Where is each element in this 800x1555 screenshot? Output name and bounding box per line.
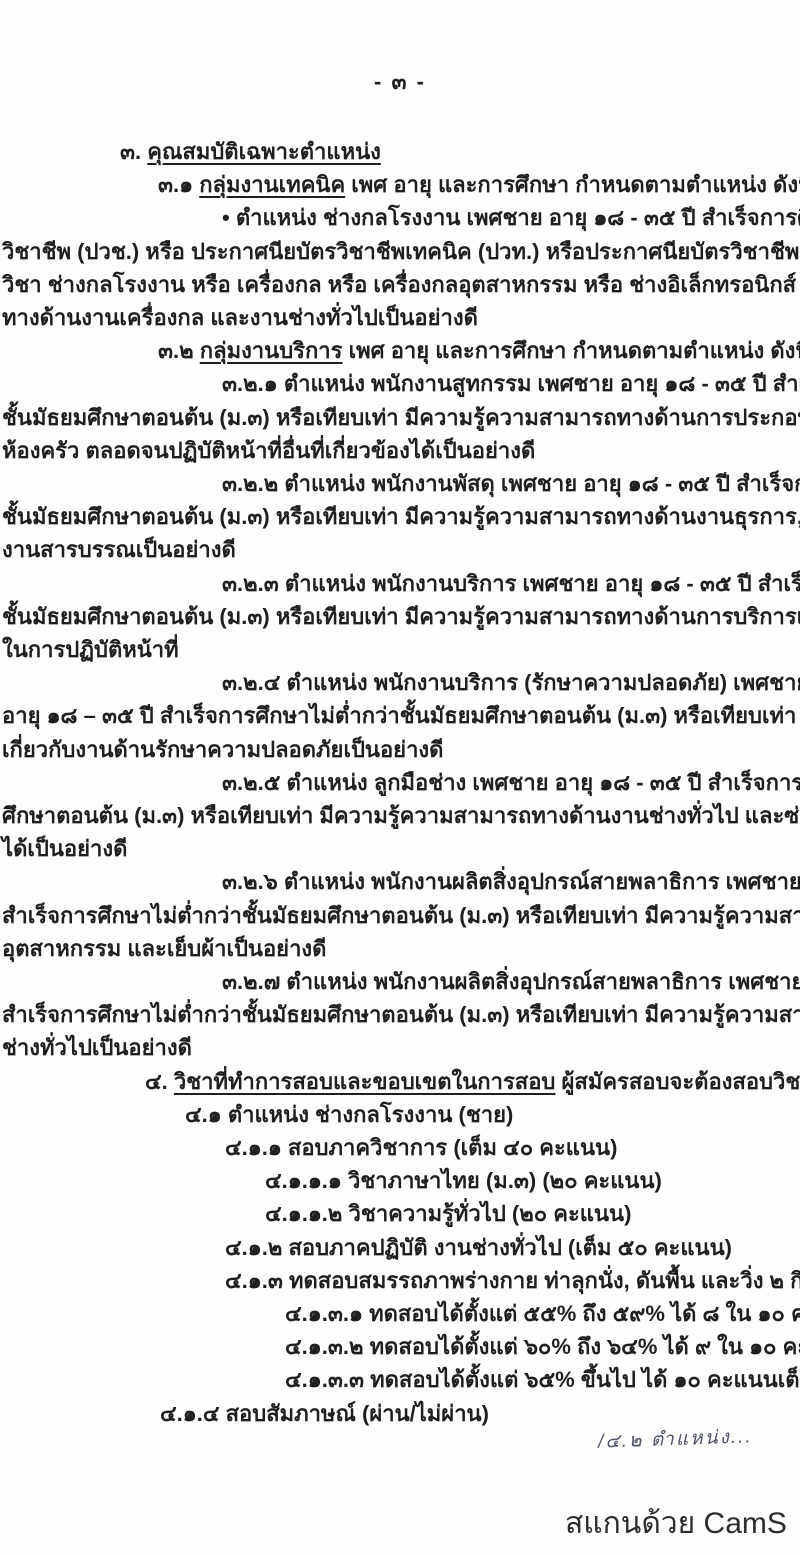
line-text: เพศ อายุ และการศึกษา กำหนดตามตำแหน่ง ดัง…	[345, 172, 800, 197]
line-text: ๓.๒.๓ ตำแหน่ง พนักงานบริการ เพศชาย อายุ …	[222, 571, 800, 596]
line-text: ๓.๒.๒ ตำแหน่ง พนักงานพัสดุ เพศชาย อายุ ๑…	[222, 471, 800, 496]
underlined-heading-text: วิชาที่ทำการสอบและขอบเขตในการสอบ	[174, 1069, 556, 1094]
document-line: ๔.๑.๓.๓ ทดสอบได้ตั้งแต่ ๖๕% ขึ้นไป ได้ ๑…	[285, 1366, 800, 1395]
line-text: ๓.๒.๗ ตำแหน่ง พนักงานผลิตสิ่งอุปกรณ์สายพ…	[222, 969, 800, 994]
line-text: ๓.๒.๖ ตำแหน่ง พนักงานผลิตสิ่งอุปกรณ์สายพ…	[222, 869, 800, 894]
line-text: ๓.	[120, 139, 147, 164]
section-3-heading: ๓. คุณสมบัติเฉพาะตำแหน่ง	[120, 138, 381, 167]
line-text: ชั้นมัธยมศึกษาตอนต้น (ม.๓) หรือเทียบเท่า…	[2, 405, 800, 430]
line-text: ๔.๑.๓.๑ ทดสอบได้ตั้งแต่ ๕๕% ถึง ๕๙% ได้ …	[285, 1301, 800, 1326]
document-line: ได้เป็นอย่างดี	[2, 835, 127, 864]
scanned-document-page: - ๓ - ๓. คุณสมบัติเฉพาะตำแหน่ง๓.๑ กลุ่มง…	[0, 0, 800, 1555]
line-text: ๔.๑.๒ สอบภาคปฏิบัติ งานช่างทั่วไป (เต็ม …	[225, 1235, 732, 1260]
document-line: เกี่ยวกับงานด้านรักษาความปลอดภัยเป็นอย่า…	[2, 736, 443, 765]
line-text: วิชาชีพ (ปวช.) หรือ ประกาศนียบัตรวิชาชีพ…	[2, 239, 800, 264]
document-line: ๔.๑.๑ สอบภาควิชาการ (เต็ม ๔๐ คะแนน)	[225, 1134, 617, 1163]
line-text: ช่างทั่วไปเป็นอย่างดี	[2, 1035, 192, 1060]
line-text: ๔.๑.๓.๓ ทดสอบได้ตั้งแต่ ๖๕% ขึ้นไป ได้ ๑…	[285, 1367, 800, 1392]
line-text: ๔.๑.๑.๑ วิชาภาษาไทย (ม.๓) (๒๐ คะแนน)	[265, 1168, 662, 1193]
document-line: ๓.๒.๑ ตำแหน่ง พนักงานสูทกรรม เพศชาย อายุ…	[222, 370, 800, 399]
section-3-2-heading: ๓.๒ กลุ่มงานบริการ เพศ อายุ และการศึกษา …	[158, 337, 800, 366]
line-text: สำเร็จการศึกษาไม่ต่ำกว่าชั้นมัธยมศึกษาตอ…	[2, 1002, 800, 1027]
line-text: งานสารบรรณเป็นอย่างดี	[2, 537, 236, 562]
document-line: ๔.๑.๓ ทดสอบสมรรถภาพร่างกาย ท่าลุกนั่ง, ด…	[225, 1267, 800, 1296]
document-line: • ตำแหน่ง ช่างกลโรงงาน เพศชาย อายุ ๑๘ - …	[222, 204, 800, 233]
line-text: • ตำแหน่ง ช่างกลโรงงาน เพศชาย อายุ ๑๘ - …	[222, 205, 800, 230]
document-line: ๔.๑.๓.๑ ทดสอบได้ตั้งแต่ ๕๕% ถึง ๕๙% ได้ …	[285, 1300, 800, 1329]
line-text: ชั้นมัธยมศึกษาตอนต้น (ม.๓) หรือเทียบเท่า…	[2, 604, 800, 629]
line-text: ห้องครัว ตลอดจนปฏิบัติหน้าที่อื่นที่เกี่…	[2, 438, 535, 463]
document-line: วิชาชีพ (ปวช.) หรือ ประกาศนียบัตรวิชาชีพ…	[2, 238, 800, 267]
line-text: เพศ อายุ และการศึกษา กำหนดตามตำแหน่ง ดัง…	[342, 338, 800, 363]
document-line: ๓.๒.๕ ตำแหน่ง ลูกมือช่าง เพศชาย อายุ ๑๘ …	[222, 769, 800, 798]
document-line: ห้องครัว ตลอดจนปฏิบัติหน้าที่อื่นที่เกี่…	[2, 437, 535, 466]
document-line: ๓.๒.๔ ตำแหน่ง พนักงานบริการ (รักษาความปล…	[222, 669, 800, 698]
document-line: ชั้นมัธยมศึกษาตอนต้น (ม.๓) หรือเทียบเท่า…	[2, 404, 800, 433]
document-line: ๓.๒.๓ ตำแหน่ง พนักงานบริการ เพศชาย อายุ …	[222, 570, 800, 599]
section-4-heading: ๔. วิชาที่ทำการสอบและขอบเขตในการสอบ ผู้ส…	[145, 1068, 800, 1097]
line-text: ๔.๑.๔ สอบสัมภาษณ์ (ผ่าน/ไม่ผ่าน)	[160, 1401, 489, 1426]
document-line: ทางด้านงานเครื่องกล และงานช่างทั่วไปเป็น…	[2, 304, 478, 333]
document-line: ๔.๑.๓.๒ ทดสอบได้ตั้งแต่ ๖๐% ถึง ๖๔% ได้ …	[285, 1333, 800, 1362]
line-text: ได้เป็นอย่างดี	[2, 836, 127, 861]
section-3-1-heading: ๓.๑ กลุ่มงานเทคนิค เพศ อายุ และการศึกษา …	[158, 171, 800, 200]
line-text: อายุ ๑๘ – ๓๕ ปี สำเร็จการศึกษาไม่ต่ำกว่า…	[2, 703, 800, 728]
document-line: อายุ ๑๘ – ๓๕ ปี สำเร็จการศึกษาไม่ต่ำกว่า…	[2, 702, 800, 731]
line-text: ชั้นมัธยมศึกษาตอนต้น (ม.๓) หรือเทียบเท่า…	[2, 504, 800, 529]
document-line: ชั้นมัธยมศึกษาตอนต้น (ม.๓) หรือเทียบเท่า…	[2, 503, 800, 532]
camscanner-watermark: สแกนด้วย CamS	[565, 1500, 787, 1547]
document-line: ๔.๑.๑.๑ วิชาภาษาไทย (ม.๓) (๒๐ คะแนน)	[265, 1167, 662, 1196]
document-line: ๔.๑ ตำแหน่ง ช่างกลโรงงาน (ชาย)	[185, 1101, 513, 1130]
line-text: ๔.๑.๓ ทดสอบสมรรถภาพร่างกาย ท่าลุกนั่ง, ด…	[225, 1268, 800, 1293]
document-line: ๓.๒.๒ ตำแหน่ง พนักงานพัสดุ เพศชาย อายุ ๑…	[222, 470, 800, 499]
line-text: วิชา ช่างกลโรงงาน หรือ เครื่องกล หรือ เค…	[2, 272, 800, 297]
line-text: ๓.๒	[158, 338, 200, 363]
line-text: ศึกษาตอนต้น (ม.๓) หรือเทียบเท่า มีความรู…	[2, 803, 800, 828]
document-line: อุตสาหกรรม และเย็บผ้าเป็นอย่างดี	[2, 935, 326, 964]
handwritten-note: /๔.๒ ตำแหน่ง...	[598, 1421, 754, 1456]
underlined-heading-text: คุณสมบัติเฉพาะตำแหน่ง	[147, 139, 381, 164]
line-text: ๔.	[145, 1069, 174, 1094]
line-text: ๔.๑.๑.๒ วิชาความรู้ทั่วไป (๒๐ คะแนน)	[265, 1201, 631, 1226]
document-line: วิชา ช่างกลโรงงาน หรือ เครื่องกล หรือ เค…	[2, 271, 800, 300]
line-text: ๓.๒.๑ ตำแหน่ง พนักงานสูทกรรม เพศชาย อายุ…	[222, 371, 800, 396]
document-line: สำเร็จการศึกษาไม่ต่ำกว่าชั้นมัธยมศึกษาตอ…	[2, 902, 800, 931]
document-line: สำเร็จการศึกษาไม่ต่ำกว่าชั้นมัธยมศึกษาตอ…	[2, 1001, 800, 1030]
document-line: ๔.๑.๔ สอบสัมภาษณ์ (ผ่าน/ไม่ผ่าน)	[160, 1400, 489, 1429]
document-line: ๓.๒.๗ ตำแหน่ง พนักงานผลิตสิ่งอุปกรณ์สายพ…	[222, 968, 800, 997]
line-text: ผู้สมัครสอบจะต้องสอบวิชาความรู้ ดังนี้	[555, 1069, 800, 1094]
line-text: ๔.๑ ตำแหน่ง ช่างกลโรงงาน (ชาย)	[185, 1102, 513, 1127]
document-line: ศึกษาตอนต้น (ม.๓) หรือเทียบเท่า มีความรู…	[2, 802, 800, 831]
line-text: ทางด้านงานเครื่องกล และงานช่างทั่วไปเป็น…	[2, 305, 478, 330]
document-line: ๓.๒.๖ ตำแหน่ง พนักงานผลิตสิ่งอุปกรณ์สายพ…	[222, 868, 800, 897]
document-line: งานสารบรรณเป็นอย่างดี	[2, 536, 236, 565]
line-text: อุตสาหกรรม และเย็บผ้าเป็นอย่างดี	[2, 936, 326, 961]
document-line: ชั้นมัธยมศึกษาตอนต้น (ม.๓) หรือเทียบเท่า…	[2, 603, 800, 632]
line-text: ๔.๑.๓.๒ ทดสอบได้ตั้งแต่ ๖๐% ถึง ๖๔% ได้ …	[285, 1334, 800, 1359]
line-text: เกี่ยวกับงานด้านรักษาความปลอดภัยเป็นอย่า…	[2, 737, 443, 762]
underlined-heading-text: กลุ่มงานเทคนิค	[199, 172, 345, 197]
line-text: ๔.๑.๑ สอบภาควิชาการ (เต็ม ๔๐ คะแนน)	[225, 1135, 617, 1160]
page-number: - ๓ -	[0, 64, 800, 99]
line-text: ๓.๒.๔ ตำแหน่ง พนักงานบริการ (รักษาความปล…	[222, 670, 800, 695]
line-text: ในการปฏิบัติหน้าที่	[2, 637, 179, 662]
line-text: ๓.๒.๕ ตำแหน่ง ลูกมือช่าง เพศชาย อายุ ๑๘ …	[222, 770, 800, 795]
document-line: ๔.๑.๑.๒ วิชาความรู้ทั่วไป (๒๐ คะแนน)	[265, 1200, 631, 1229]
document-line: ๔.๑.๒ สอบภาคปฏิบัติ งานช่างทั่วไป (เต็ม …	[225, 1234, 732, 1263]
document-line: ช่างทั่วไปเป็นอย่างดี	[2, 1034, 192, 1063]
line-text: ๓.๑	[158, 172, 199, 197]
underlined-heading-text: กลุ่มงานบริการ	[200, 338, 343, 363]
line-text: สำเร็จการศึกษาไม่ต่ำกว่าชั้นมัธยมศึกษาตอ…	[2, 903, 800, 928]
document-line: ในการปฏิบัติหน้าที่	[2, 636, 179, 665]
